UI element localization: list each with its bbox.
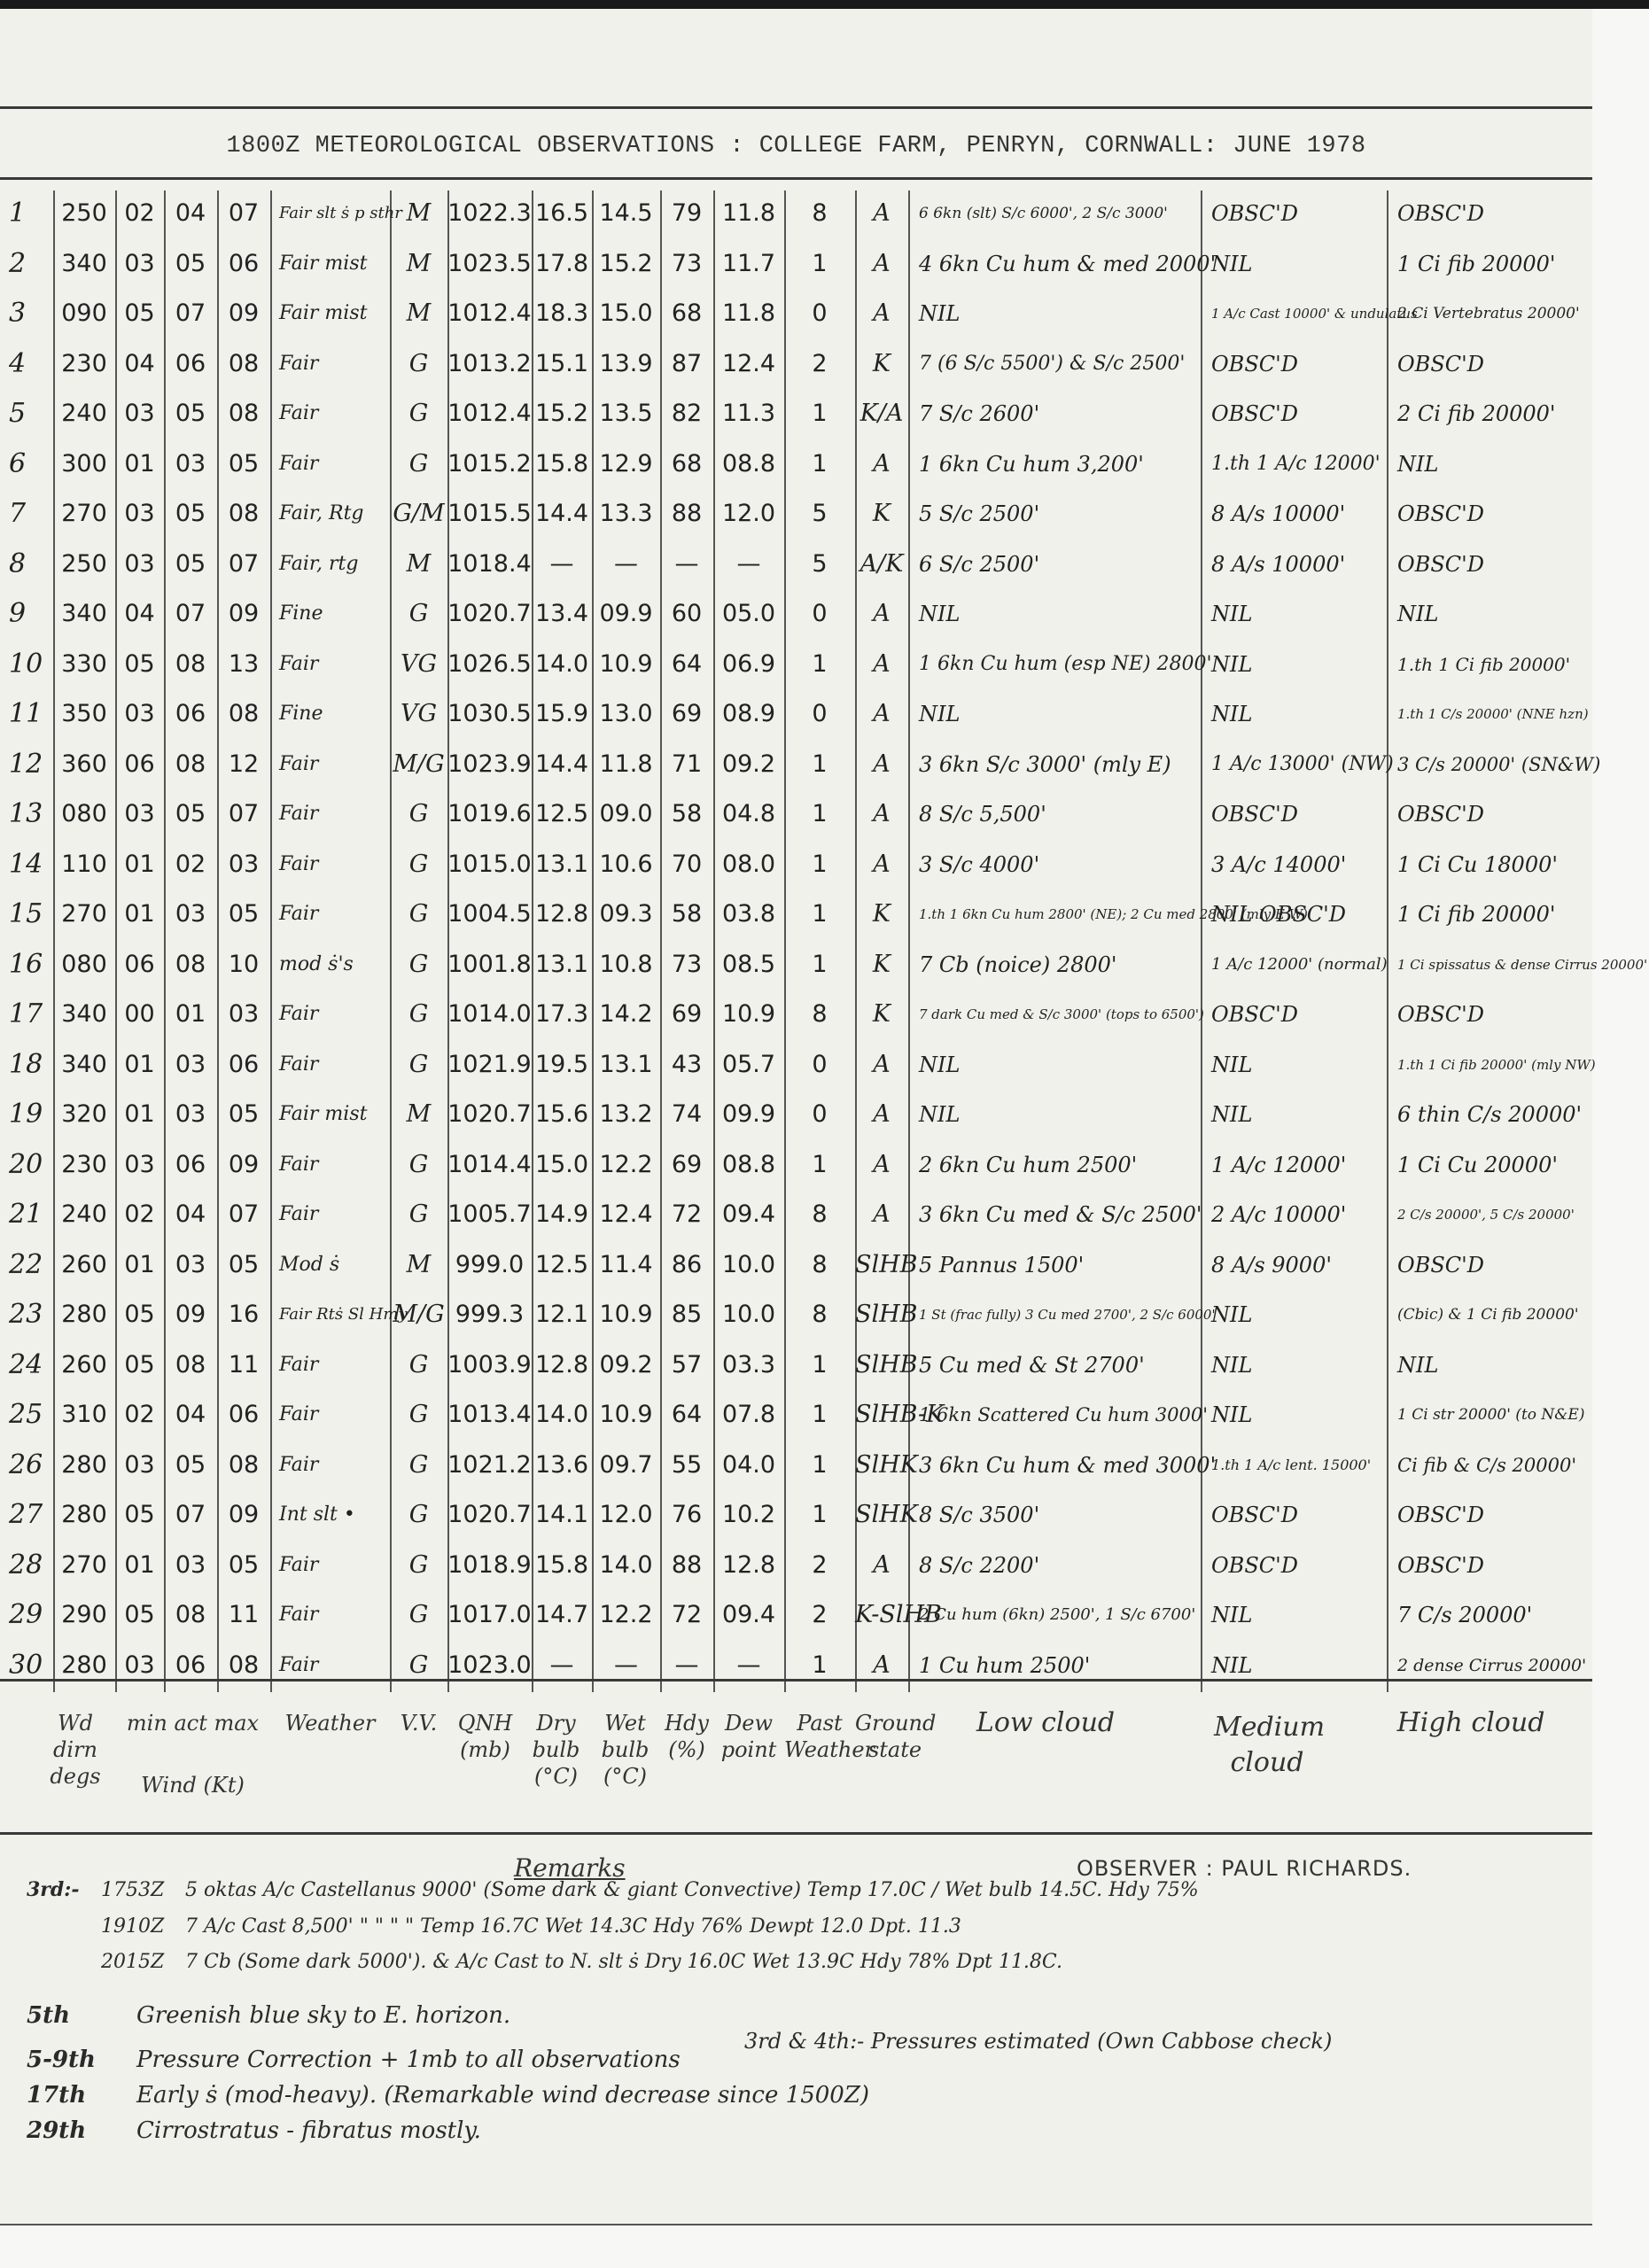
cell-ground: A: [855, 742, 908, 788]
cell-qnh: 1015.0: [447, 842, 532, 888]
cell-high: OBSC'D: [1387, 791, 1603, 837]
cell-hdy: 64: [660, 641, 713, 687]
cell-min: 02: [115, 1192, 164, 1238]
cell-medium: NIL: [1201, 1592, 1397, 1638]
cell-hdy: 68: [660, 441, 713, 487]
cell-max: 16: [217, 1292, 270, 1338]
cell-medium: NIL: [1201, 1091, 1397, 1138]
cell-weather: Fair: [270, 791, 399, 837]
table-row: 22260010305Mod ṡM999.012.511.48610.08SlH…: [0, 1242, 1592, 1288]
cell-hdy: 88: [660, 491, 713, 537]
cell-min: 06: [115, 942, 164, 988]
cell-low: NIL: [908, 1042, 1211, 1088]
cell-low: 1 6kn Scattered Cu hum 3000': [908, 1392, 1211, 1438]
cell-weather: Fair: [270, 1342, 399, 1388]
label-dew-point: Dew point: [713, 1710, 784, 1763]
cell-ground: A: [855, 842, 908, 888]
cell-past: 8: [784, 1292, 855, 1338]
cell-low: 5 S/c 2500': [908, 491, 1211, 537]
cell-vv: G: [390, 591, 447, 637]
cell-act: 05: [164, 391, 217, 437]
cell-medium: 8 A/s 10000': [1201, 541, 1397, 587]
cell-dew: 08.9: [713, 691, 784, 737]
cell-dew: 08.0: [713, 842, 784, 888]
cell-medium: NIL: [1201, 1292, 1397, 1338]
table-row: 26280030508FairG1021.213.609.75504.01SlH…: [0, 1442, 1592, 1488]
cell-weather: Fair: [270, 842, 399, 888]
cell-dir: 330: [53, 641, 115, 687]
cell-act: 03: [164, 1091, 217, 1138]
cell-wet: 09.9: [592, 591, 660, 637]
cell-vv: G: [390, 891, 447, 937]
cell-dry: 17.8: [532, 241, 592, 287]
cell-ground: K: [855, 991, 908, 1037]
cell-wet: 10.8: [592, 942, 660, 988]
cell-qnh: 1015.5: [447, 491, 532, 537]
cell-dry: 15.8: [532, 441, 592, 487]
cell-min: 02: [115, 1392, 164, 1438]
cell-vv: M: [390, 241, 447, 287]
cell-act: 03: [164, 1542, 217, 1588]
label-weather: Weather: [270, 1710, 390, 1736]
cell-max: 13: [217, 641, 270, 687]
remark-text: 7 Cb (Some dark 5000'). & A/c Cast to N.…: [185, 1951, 1062, 1973]
cell-wet: 13.0: [592, 691, 660, 737]
cell-wet: 09.2: [592, 1342, 660, 1388]
cell-hdy: 70: [660, 842, 713, 888]
cell-weather: Fair: [270, 391, 399, 437]
cell-weather: Fine: [270, 691, 399, 737]
cell-ground: SlHB: [855, 1342, 908, 1388]
cell-act: 05: [164, 541, 217, 587]
cell-vv: VG: [390, 641, 447, 687]
cell-max: 05: [217, 891, 270, 937]
table-row: 23280050916Fair Rtṡ Sl HmyM/G999.312.110…: [0, 1292, 1592, 1338]
cell-act: 06: [164, 341, 217, 387]
cell-medium: OBSC'D: [1201, 190, 1397, 237]
cell-ground: K: [855, 891, 908, 937]
cell-dry: 14.4: [532, 742, 592, 788]
cell-min: 01: [115, 1242, 164, 1288]
cell-dew: 11.3: [713, 391, 784, 437]
cell-medium: NIL: [1201, 591, 1397, 637]
cell-wet: 13.9: [592, 341, 660, 387]
cell-wet: 15.2: [592, 241, 660, 287]
cell-past: 1: [784, 791, 855, 837]
cell-low: NIL: [908, 291, 1211, 337]
remark-time: 1753Z: [101, 1879, 185, 1901]
cell-ground: A: [855, 190, 908, 237]
table-row: 20230030609FairG1014.415.012.26908.81A2 …: [0, 1142, 1592, 1188]
cell-past: 1: [784, 891, 855, 937]
cell-max: 08: [217, 1442, 270, 1488]
cell-past: 1: [784, 1342, 855, 1388]
table-row: 11350030608FineVG1030.515.913.06908.90AN…: [0, 691, 1592, 737]
label-low-cloud: Low cloud: [957, 1710, 1134, 1736]
cell-low: NIL: [908, 691, 1211, 737]
cell-qnh: 1018.9: [447, 1542, 532, 1588]
remark-text: Greenish blue sky to E. horizon.: [136, 2002, 510, 2029]
cell-ground: A/K: [855, 541, 908, 587]
label-qnh: QNH (mb): [447, 1710, 523, 1763]
cell-hdy: 73: [660, 942, 713, 988]
cell-ground: SlHK: [855, 1492, 908, 1538]
cell-low: 8 S/c 5,500': [908, 791, 1211, 837]
cell-max: 05: [217, 1542, 270, 1588]
cell-dir: 280: [53, 1442, 115, 1488]
cell-qnh: 1013.4: [447, 1392, 532, 1438]
cell-weather: Int slt •: [270, 1492, 399, 1538]
cell-max: 08: [217, 341, 270, 387]
cell-dry: 19.5: [532, 1042, 592, 1088]
remark-time: 2015Z: [101, 1951, 185, 1973]
cell-hdy: 85: [660, 1292, 713, 1338]
cell-qnh: 1022.3: [447, 190, 532, 237]
cell-wet: 13.5: [592, 391, 660, 437]
cell-dir: 340: [53, 591, 115, 637]
table-row: 17340000103FairG1014.017.314.26910.98K7 …: [0, 991, 1592, 1037]
cell-wet: 13.3: [592, 491, 660, 537]
cell-medium: NIL: [1201, 1392, 1397, 1438]
cell-high: 1 Ci Cu 18000': [1387, 842, 1603, 888]
cell-past: 2: [784, 341, 855, 387]
cell-max: 09: [217, 291, 270, 337]
cell-act: 05: [164, 791, 217, 837]
cell-min: 03: [115, 791, 164, 837]
cell-min: 00: [115, 991, 164, 1037]
cell-low: NIL: [908, 591, 1211, 637]
cell-low: 5 Cu med & St 2700': [908, 1342, 1211, 1388]
cell-hdy: 79: [660, 190, 713, 237]
cell-wet: —: [592, 541, 660, 587]
cell-act: 04: [164, 1392, 217, 1438]
cell-vv: G: [390, 991, 447, 1037]
cell-dry: 16.5: [532, 190, 592, 237]
cell-dew: 09.2: [713, 742, 784, 788]
cell-dry: 14.7: [532, 1592, 592, 1638]
cell-dew: 08.8: [713, 441, 784, 487]
cell-weather: Fair: [270, 1192, 399, 1238]
cell-past: 2: [784, 1542, 855, 1588]
cell-min: 01: [115, 441, 164, 487]
label-medium-cloud: Medium cloud: [1214, 1710, 1320, 1781]
column-labels: Wd dirn degs min act max Wind (Kt) Weath…: [0, 1710, 1592, 1834]
cell-dew: 05.0: [713, 591, 784, 637]
cell-min: 03: [115, 491, 164, 537]
cell-weather: Fair: [270, 742, 399, 788]
table-row: 19320010305Fair mistM1020.715.613.27409.…: [0, 1091, 1592, 1138]
cell-wet: 10.9: [592, 1392, 660, 1438]
cell-high: OBSC'D: [1387, 1492, 1603, 1538]
cell-act: 07: [164, 591, 217, 637]
cell-past: 1: [784, 842, 855, 888]
cell-dry: 14.0: [532, 1392, 592, 1438]
cell-ground: K: [855, 491, 908, 537]
cell-min: 01: [115, 1542, 164, 1588]
cell-hdy: 87: [660, 341, 713, 387]
cell-dew: 10.0: [713, 1292, 784, 1338]
cell-ground: A: [855, 641, 908, 687]
cell-wet: 12.2: [592, 1592, 660, 1638]
cell-weather: Fair: [270, 891, 399, 937]
cell-dry: 15.0: [532, 1142, 592, 1188]
cell-min: 03: [115, 1142, 164, 1188]
cell-dew: 11.8: [713, 190, 784, 237]
cell-min: 05: [115, 1592, 164, 1638]
cell-hdy: 68: [660, 291, 713, 337]
cell-medium: 1 A/c 12000': [1201, 1142, 1397, 1188]
cell-low: 3 6kn S/c 3000' (mly E): [908, 742, 1211, 788]
cell-dir: 270: [53, 491, 115, 537]
cell-weather: Fair: [270, 441, 399, 487]
cell-qnh: 1004.5: [447, 891, 532, 937]
cell-dir: 280: [53, 1292, 115, 1338]
cell-vv: G: [390, 1442, 447, 1488]
cell-high: NIL: [1387, 591, 1603, 637]
cell-weather: Fair: [270, 1542, 399, 1588]
cell-low: 6 S/c 2500': [908, 541, 1211, 587]
cell-weather: Fair Rtṡ Sl Hmy: [270, 1292, 399, 1338]
cell-max: 11: [217, 1342, 270, 1388]
cell-act: 03: [164, 891, 217, 937]
cell-dry: 15.9: [532, 691, 592, 737]
cell-medium: NIL: [1201, 691, 1397, 737]
cell-dew: 11.7: [713, 241, 784, 287]
cell-hdy: —: [660, 541, 713, 587]
cell-hdy: 43: [660, 1042, 713, 1088]
cell-act: 06: [164, 1142, 217, 1188]
cell-high: 1 Ci str 20000' (to N&E): [1387, 1392, 1603, 1438]
cell-high: OBSC'D: [1387, 190, 1603, 237]
cell-vv: M/G: [390, 1292, 447, 1338]
table-row: 16080060810mod ṡ'sG1001.813.110.87308.51…: [0, 942, 1592, 988]
cell-max: 03: [217, 842, 270, 888]
cell-medium: 8 A/s 10000': [1201, 491, 1397, 537]
cell-dew: 12.4: [713, 341, 784, 387]
cell-weather: Mod ṡ: [270, 1242, 399, 1288]
label-wind-speeds: min act max: [115, 1710, 270, 1736]
cell-max: 08: [217, 691, 270, 737]
cell-min: 05: [115, 291, 164, 337]
cell-weather: Fair: [270, 1142, 399, 1188]
cell-hdy: 72: [660, 1592, 713, 1638]
table-row: 24260050811FairG1003.912.809.25703.31SlH…: [0, 1342, 1592, 1388]
cell-wet: 10.9: [592, 641, 660, 687]
cell-low: 1 6kn Cu hum 3,200': [908, 441, 1211, 487]
cell-min: 01: [115, 1042, 164, 1088]
cell-ground: SlHB: [855, 1242, 908, 1288]
cell-dew: 04.0: [713, 1442, 784, 1488]
cell-weather: Fair: [270, 1592, 399, 1638]
cell-dew: 07.8: [713, 1392, 784, 1438]
cell-dir: 300: [53, 441, 115, 487]
cell-wet: 10.6: [592, 842, 660, 888]
cell-qnh: 1001.8: [447, 942, 532, 988]
cell-min: 04: [115, 591, 164, 637]
cell-high: Ci fib & C/s 20000': [1387, 1442, 1603, 1488]
cell-high: 1.th 1 Ci fib 20000' (mly NW): [1387, 1042, 1603, 1088]
remarks-side-note: 3rd & 4th:- Pressures estimated (Own Cab…: [744, 2029, 1332, 2054]
table-row: 15270010305FairG1004.512.809.35803.81K1.…: [0, 891, 1592, 937]
cell-dew: 08.8: [713, 1142, 784, 1188]
cell-hdy: 72: [660, 1192, 713, 1238]
cell-past: 8: [784, 190, 855, 237]
cell-min: 03: [115, 1442, 164, 1488]
cell-wet: 13.1: [592, 1042, 660, 1088]
cell-qnh: 1019.6: [447, 791, 532, 837]
cell-hdy: 58: [660, 891, 713, 937]
cell-ground: A: [855, 291, 908, 337]
cell-dir: 270: [53, 1542, 115, 1588]
cell-vv: G: [390, 391, 447, 437]
remark-date: 5-9th: [27, 2047, 124, 2073]
cell-dir: 350: [53, 691, 115, 737]
cell-max: 08: [217, 391, 270, 437]
cell-dir: 310: [53, 1392, 115, 1438]
cell-high: 3 C/s 20000' (SN&W): [1387, 742, 1603, 788]
cell-medium: NIL: [1201, 1042, 1397, 1088]
cell-qnh: 1026.5: [447, 641, 532, 687]
label-past-weather: Past Weather: [784, 1710, 855, 1763]
label-wind-dir: Wd dirn degs: [40, 1710, 111, 1790]
cell-dew: 12.8: [713, 1542, 784, 1588]
cell-max: 05: [217, 1091, 270, 1138]
cell-max: 05: [217, 441, 270, 487]
header-rule: [0, 177, 1592, 180]
cell-min: 01: [115, 1091, 164, 1138]
cell-hdy: 69: [660, 1142, 713, 1188]
cell-act: 04: [164, 1192, 217, 1238]
cell-past: 8: [784, 1242, 855, 1288]
cell-max: 09: [217, 591, 270, 637]
cell-vv: G: [390, 1592, 447, 1638]
cell-low: 5 Pannus 1500': [908, 1242, 1211, 1288]
cell-past: 8: [784, 1192, 855, 1238]
cell-low: 7 S/c 2600': [908, 391, 1211, 437]
table-row: 3090050709Fair mistM1012.418.315.06811.8…: [0, 291, 1592, 337]
cell-low: 7 (6 S/c 5500') & S/c 2500': [908, 341, 1211, 387]
cell-hdy: 69: [660, 991, 713, 1037]
cell-wet: 14.5: [592, 190, 660, 237]
cell-min: 05: [115, 1342, 164, 1388]
cell-past: 1: [784, 641, 855, 687]
remark-entry: 3rd:-1753Z5 oktas A/c Castellanus 9000' …: [27, 1878, 1199, 1901]
cell-act: 07: [164, 1492, 217, 1538]
cell-qnh: 1018.4: [447, 541, 532, 587]
cell-max: 12: [217, 742, 270, 788]
cell-dew: 09.4: [713, 1192, 784, 1238]
cell-act: 08: [164, 641, 217, 687]
cell-min: 05: [115, 1492, 164, 1538]
cell-dir: 230: [53, 341, 115, 387]
cell-dew: 03.3: [713, 1342, 784, 1388]
remark-entry: 5-9thPressure Correction + 1mb to all ob…: [27, 2047, 681, 2073]
cell-hdy: 88: [660, 1542, 713, 1588]
cell-past: 0: [784, 291, 855, 337]
cell-max: 08: [217, 491, 270, 537]
cell-low: 8 S/c 3500': [908, 1492, 1211, 1538]
cell-low: 8 S/c 2200': [908, 1542, 1211, 1588]
cell-high: 6 thin C/s 20000': [1387, 1091, 1603, 1138]
cell-low: 1.th 1 6kn Cu hum 2800' (NE); 2 Cu med 2…: [908, 891, 1211, 937]
cell-dew: 12.0: [713, 491, 784, 537]
cell-max: 06: [217, 1042, 270, 1088]
table-row: 4230040608FairG1013.215.113.98712.42K7 (…: [0, 341, 1592, 387]
cell-dry: 13.4: [532, 591, 592, 637]
cell-vv: M: [390, 1242, 447, 1288]
cell-ground: A: [855, 791, 908, 837]
cell-low: 6 6kn (slt) S/c 6000', 2 S/c 3000': [908, 190, 1211, 237]
cell-vv: G: [390, 842, 447, 888]
cell-dir: 240: [53, 1192, 115, 1238]
cell-low: NIL: [908, 1091, 1211, 1138]
cell-dew: 06.9: [713, 641, 784, 687]
cell-low: 1 6kn Cu hum (esp NE) 2800': [908, 641, 1211, 687]
cell-weather: Fair: [270, 1442, 399, 1488]
table-row: 7270030508Fair, RtgG/M1015.514.413.38812…: [0, 491, 1592, 537]
remark-date: 3rd:-: [27, 1878, 89, 1901]
cell-dew: 09.4: [713, 1592, 784, 1638]
cell-wet: 09.3: [592, 891, 660, 937]
cell-wet: 14.0: [592, 1542, 660, 1588]
cell-min: 05: [115, 1292, 164, 1338]
remark-text: Pressure Correction + 1mb to all observa…: [136, 2047, 681, 2073]
cell-dry: 13.1: [532, 842, 592, 888]
cell-qnh: 1013.2: [447, 341, 532, 387]
cell-wet: 09.7: [592, 1442, 660, 1488]
cell-qnh: 999.3: [447, 1292, 532, 1338]
cell-weather: Fair: [270, 341, 399, 387]
cell-hdy: 74: [660, 1091, 713, 1138]
cell-dew: 10.0: [713, 1242, 784, 1288]
cell-dry: 12.8: [532, 891, 592, 937]
cell-dir: 110: [53, 842, 115, 888]
cell-past: 1: [784, 1442, 855, 1488]
cell-weather: Fair: [270, 1392, 399, 1438]
cell-dir: 240: [53, 391, 115, 437]
table-row: 5240030508FairG1012.415.213.58211.31K/A7…: [0, 391, 1592, 437]
cell-dir: 320: [53, 1091, 115, 1138]
label-humidity: Hdy (%): [660, 1710, 713, 1763]
cell-dry: 12.8: [532, 1342, 592, 1388]
cell-wet: 12.2: [592, 1142, 660, 1188]
cell-act: 08: [164, 942, 217, 988]
cell-dir: 280: [53, 1492, 115, 1538]
cell-vv: G: [390, 1142, 447, 1188]
cell-past: 0: [784, 591, 855, 637]
cell-qnh: 1020.7: [447, 591, 532, 637]
cell-max: 06: [217, 1392, 270, 1438]
cell-vv: G: [390, 942, 447, 988]
cell-weather: Fair: [270, 641, 399, 687]
cell-past: 2: [784, 1592, 855, 1638]
cell-dew: 11.8: [713, 291, 784, 337]
table-row: 10330050813FairVG1026.514.010.96406.91A1…: [0, 641, 1592, 687]
table-row: 12360060812FairM/G1023.914.411.87109.21A…: [0, 742, 1592, 788]
cell-qnh: 1023.5: [447, 241, 532, 287]
cell-high: 1.th 1 Ci fib 20000': [1387, 641, 1603, 687]
cell-dry: 14.1: [532, 1492, 592, 1538]
cell-weather: Fine: [270, 591, 399, 637]
label-vv: V.V.: [390, 1710, 447, 1736]
cell-past: 1: [784, 1392, 855, 1438]
cell-dew: 10.9: [713, 991, 784, 1037]
cell-act: 05: [164, 241, 217, 287]
cell-max: 09: [217, 1142, 270, 1188]
cell-dir: 250: [53, 190, 115, 237]
cell-dir: 080: [53, 942, 115, 988]
cell-dry: 18.3: [532, 291, 592, 337]
